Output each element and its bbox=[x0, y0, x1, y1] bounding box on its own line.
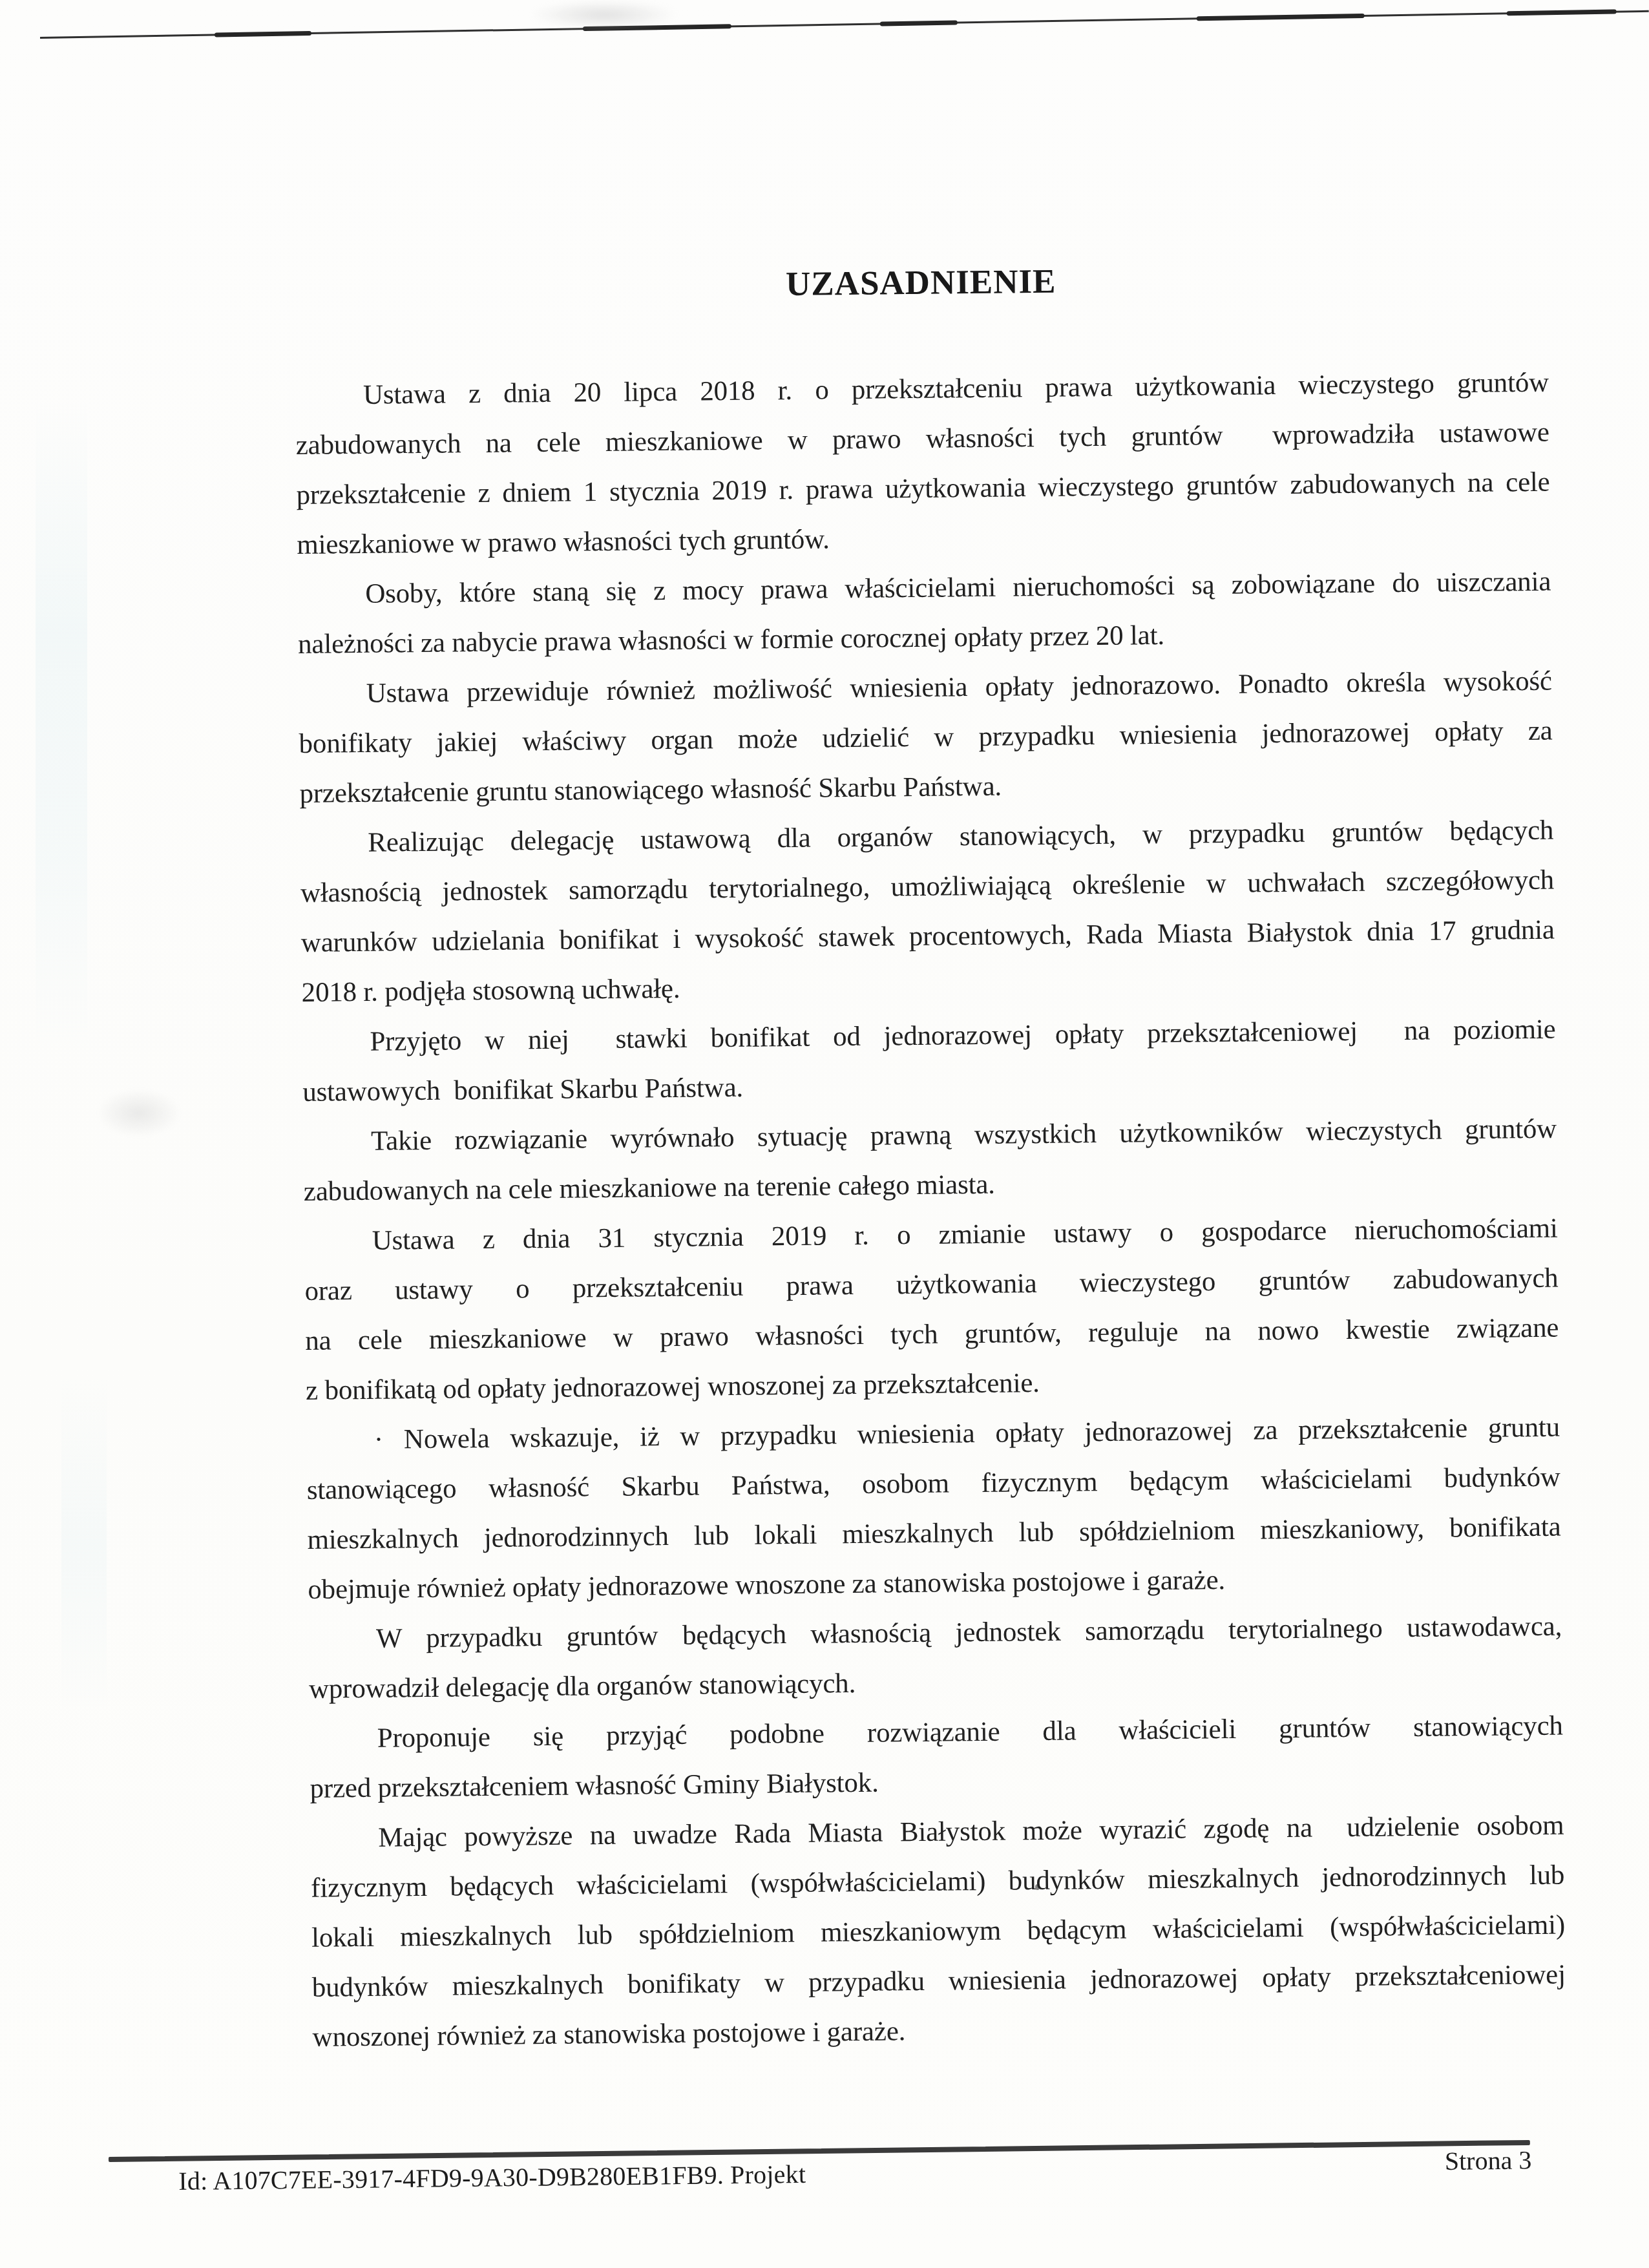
footer-document-id: Id: A107C7EE-3917-4FD9-9A30-D9B280EB1FB9… bbox=[178, 2159, 806, 2196]
document-body: Ustawa z dnia 20 lipca 2018 r. o przeksz… bbox=[295, 358, 1566, 2063]
scan-edge-bump bbox=[1507, 10, 1617, 16]
scan-streak-artifact bbox=[61, 1376, 107, 1712]
scan-smudge-artifact bbox=[530, 0, 678, 30]
scan-edge-bump bbox=[1197, 14, 1365, 21]
scan-edge-bump bbox=[215, 31, 311, 37]
footer-rule bbox=[109, 2140, 1530, 2162]
document-content: UZASADNIENIE Ustawa z dnia 20 lipca 2018… bbox=[294, 257, 1566, 2063]
footer-page-number: Strona 3 bbox=[1383, 2145, 1532, 2177]
scan-edge-bump bbox=[880, 20, 958, 26]
scan-edge-artifact bbox=[40, 10, 1649, 39]
scan-smudge-artifact bbox=[97, 1089, 181, 1137]
scanned-document-page: UZASADNIENIE Ustawa z dnia 20 lipca 2018… bbox=[0, 0, 1649, 2268]
scan-streak-artifact bbox=[36, 401, 87, 1047]
document-title: UZASADNIENIE bbox=[294, 257, 1548, 309]
